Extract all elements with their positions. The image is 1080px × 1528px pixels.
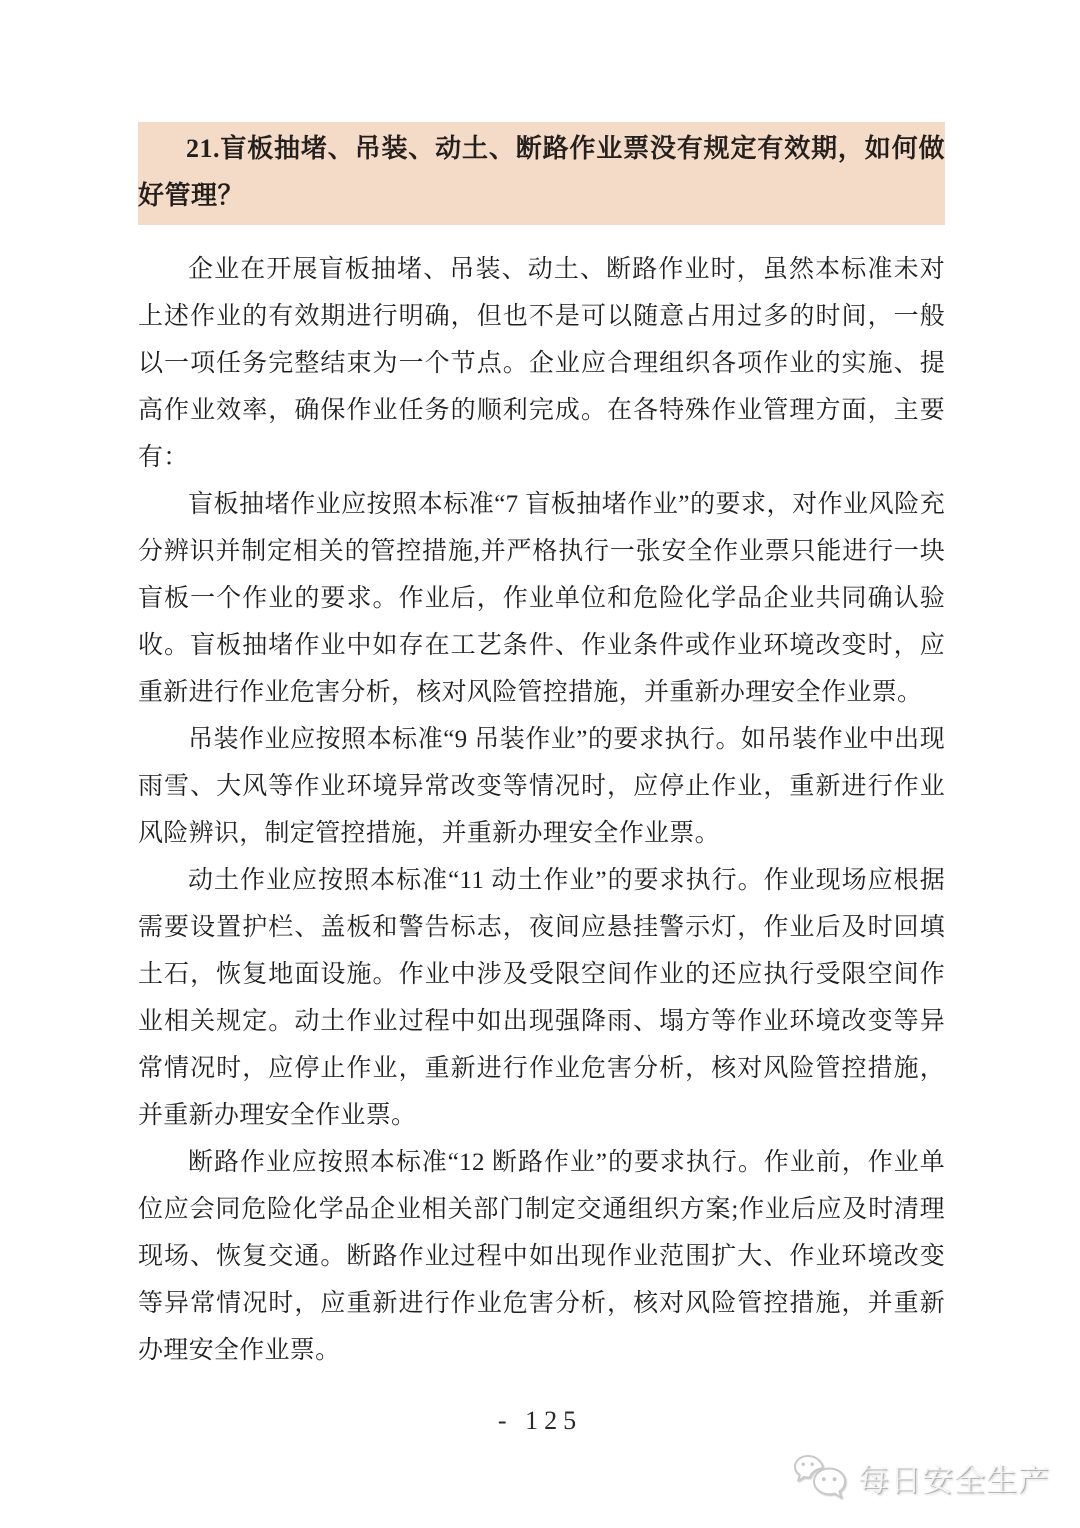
- body-paragraph: 断路作业应按照本标准“12 断路作业”的要求执行。作业前，作业单位应会同危险化学…: [138, 1139, 945, 1374]
- wechat-icon: [792, 1453, 848, 1501]
- question-heading: 21.盲板抽堵、吊装、动土、断路作业票没有规定有效期，如何做好管理？: [138, 122, 945, 225]
- body-paragraph: 盲板抽堵作业应按照本标准“7 盲板抽堵作业”的要求，对作业风险充分辨识并制定相关…: [138, 481, 945, 716]
- answer-body: 企业在开展盲板抽堵、吊装、动土、断路作业时，虽然本标准未对上述作业的有效期进行明…: [138, 246, 945, 1374]
- page-number: - 125: [0, 1406, 1080, 1436]
- watermark: 每日安全生产: [792, 1453, 1050, 1501]
- document-page: 21.盲板抽堵、吊装、动土、断路作业票没有规定有效期，如何做好管理？ 企业在开展…: [0, 0, 1080, 1528]
- body-paragraph: 动土作业应按照本标准“11 动土作业”的要求执行。作业现场应根据需要设置护栏、盖…: [138, 857, 945, 1139]
- body-paragraph: 吊装作业应按照本标准“9 吊装作业”的要求执行。如吊装作业中出现雨雪、大风等作业…: [138, 716, 945, 857]
- document-content: 21.盲板抽堵、吊装、动土、断路作业票没有规定有效期，如何做好管理？ 企业在开展…: [138, 122, 945, 1374]
- watermark-label: 每日安全生产: [858, 1455, 1050, 1500]
- body-paragraph: 企业在开展盲板抽堵、吊装、动土、断路作业时，虽然本标准未对上述作业的有效期进行明…: [138, 246, 945, 481]
